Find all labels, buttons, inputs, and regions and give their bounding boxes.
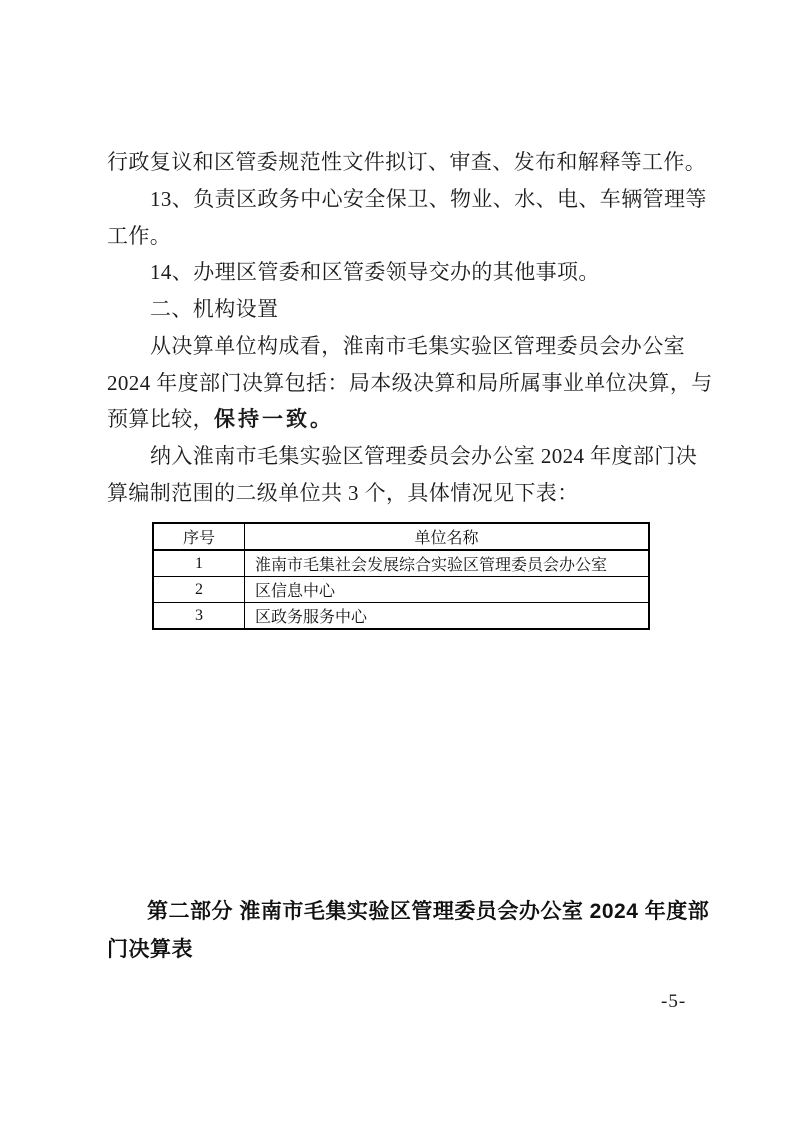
table-header-row: 序号 单位名称 [153,523,649,550]
table-cell-no: 3 [153,603,245,630]
section-heading-line-2: 门决算表 [107,931,727,969]
bold-emphasis: 保持一致。 [214,407,334,431]
table-cell-no: 2 [153,577,245,603]
section-heading-line-1: 第二部分 淮南市毛集实验区管理委员会办公室 2024 年度部 [107,893,727,931]
table-row: 3 区政务服务中心 [153,603,649,630]
table-header-name: 单位名称 [245,523,650,550]
table-cell-name: 区政务服务中心 [245,603,650,630]
page-number: -5- [661,991,686,1013]
body-line-1: 行政复议和区管委规范性文件拟订、审查、发布和解释等工作。 [107,144,707,181]
body-line-9: 纳入淮南市毛集实验区管理委员会办公室 2024 年度部门决 [107,438,707,475]
body-line-7: 2024 年度部门决算包括：局本级决算和局所属事业单位决算，与 [107,365,707,402]
table-header-no: 序号 [153,523,245,550]
body-line-4: 14、办理区管委和区管委领导交办的其他事项。 [107,254,707,291]
units-table: 序号 单位名称 1 淮南市毛集社会发展综合实验区管理委员会办公室 2 区信息中心… [152,522,650,630]
body-line-8: 预算比较，保持一致。 [107,401,707,438]
table-cell-name: 淮南市毛集社会发展综合实验区管理委员会办公室 [245,550,650,577]
table-row: 2 区信息中心 [153,577,649,603]
body-line-3: 工作。 [107,218,707,255]
section-heading: 第二部分 淮南市毛集实验区管理委员会办公室 2024 年度部 门决算表 [107,893,727,969]
body-line-8-regular: 预算比较， [107,407,214,431]
body-line-10: 算编制范围的二级单位共 3 个，具体情况见下表： [107,475,707,512]
table-row: 1 淮南市毛集社会发展综合实验区管理委员会办公室 [153,550,649,577]
document-page: 行政复议和区管委规范性文件拟订、审查、发布和解释等工作。 13、负责区政务中心安… [0,0,793,1122]
table-cell-no: 1 [153,550,245,577]
body-text-block: 行政复议和区管委规范性文件拟订、审查、发布和解释等工作。 13、负责区政务中心安… [107,144,707,512]
body-line-2: 13、负责区政务中心安全保卫、物业、水、电、车辆管理等 [107,181,707,218]
body-line-6: 从决算单位构成看，淮南市毛集实验区管理委员会办公室 [107,328,707,365]
table-cell-name: 区信息中心 [245,577,650,603]
section-subheading: 二、机构设置 [107,291,707,328]
